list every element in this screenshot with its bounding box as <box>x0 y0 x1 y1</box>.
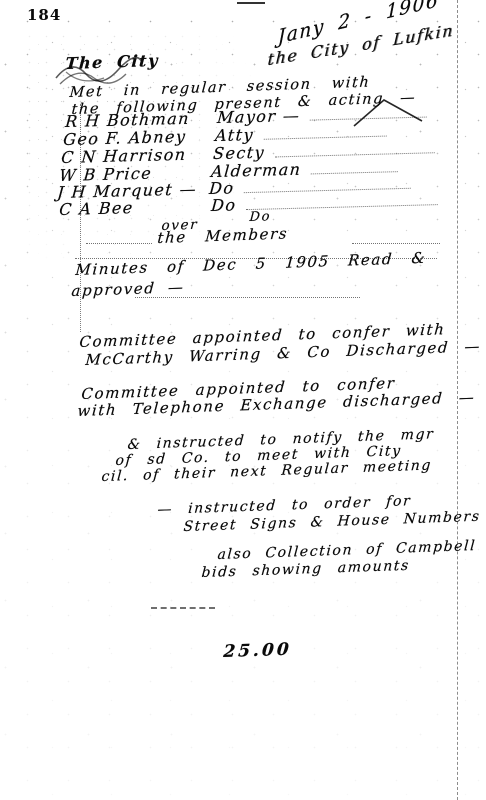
members-note: the Members <box>157 226 289 246</box>
amount-value: 25.00 <box>223 642 292 661</box>
ink-mark <box>237 2 265 4</box>
scanned-minutes-page: 184 Jany 2 - 1906 The City the City of L… <box>0 0 486 800</box>
heading-left: The City <box>65 53 160 72</box>
entry-line: Minutes of Dec 5 1905 Read & <box>75 251 427 278</box>
check-mark <box>350 96 428 132</box>
ink-scribble <box>151 607 215 609</box>
dotted-leader <box>86 243 152 244</box>
page-number: 184 <box>27 6 61 24</box>
dotted-leader <box>246 204 438 210</box>
dotted-leader <box>275 152 435 157</box>
attendee-name: C A Bee <box>59 196 212 219</box>
attendee-role: Do <box>210 195 237 215</box>
dotted-leader <box>135 297 360 298</box>
attendee-role: Atty <box>214 125 254 145</box>
dotted-leader <box>352 243 440 244</box>
ditto-note: Do <box>249 210 271 224</box>
entry-line: also Collection of Campbell <box>217 539 477 562</box>
